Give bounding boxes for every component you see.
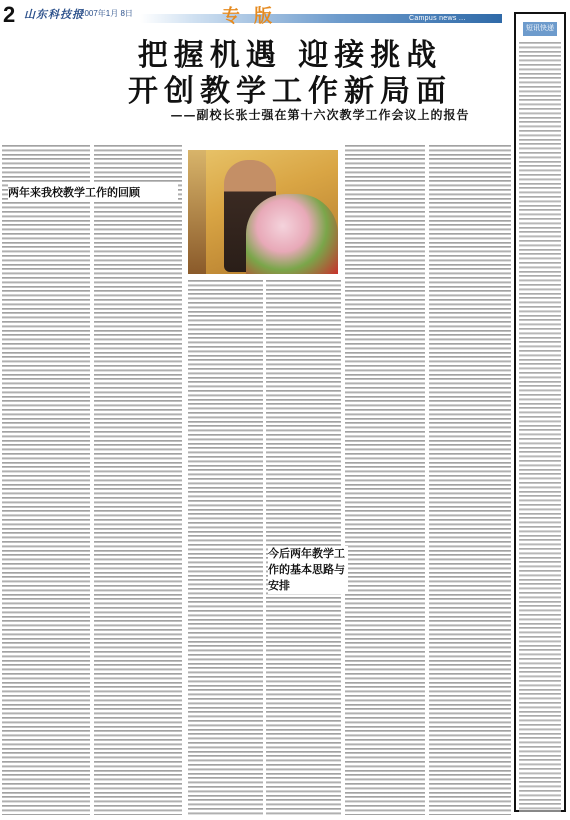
title-line-2: 开创教学工作新局面 xyxy=(60,74,520,110)
page-number: 2 xyxy=(3,2,15,28)
text-column-2 xyxy=(94,145,182,815)
section-heading-plan: 今后两年教学工作的基本思路与安排 xyxy=(268,546,348,594)
news-brief-sidebar: 短讯快递 xyxy=(514,12,566,812)
band-tag: Campus news ... xyxy=(409,15,466,22)
text-column-3 xyxy=(188,280,263,815)
section-label: 专版 xyxy=(222,2,286,28)
publication-date: 2007年1月 8日 xyxy=(80,8,133,19)
sidebar-title: 短讯快递 xyxy=(523,22,557,36)
article-title: 把握机遇 迎接挑战 开创教学工作新局面 xyxy=(60,38,520,110)
text-column-6 xyxy=(429,145,511,815)
masthead: 2 山东科技报 2007年1月 8日 专版 Campus news ... xyxy=(0,0,505,28)
text-column-1 xyxy=(2,145,90,815)
paper-name: 山东科技报 xyxy=(24,6,84,22)
section-heading-review: 两年来我校教学工作的回顾 xyxy=(8,184,178,200)
speaker-photo xyxy=(188,150,338,274)
article-subtitle: ——副校长张士强在第十六次教学工作会议上的报告 xyxy=(120,106,520,123)
title-line-1: 把握机遇 迎接挑战 xyxy=(60,38,520,74)
text-column-5 xyxy=(345,145,425,815)
